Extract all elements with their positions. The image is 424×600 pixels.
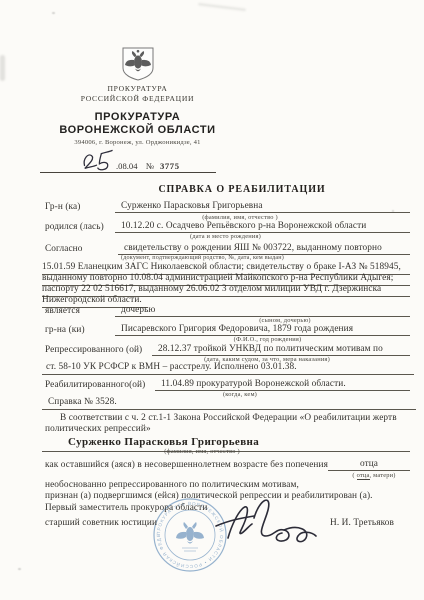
field-label: Согласно [45,244,118,255]
field-hint: (дата и место рождения) [118,233,333,240]
ref-number: 3775 [160,161,180,171]
field-value: 10.12.20 с. Осадчево Репьёвского р-на Во… [115,221,410,233]
field-value: 28.12.37 тройкой УНКВД по политическим м… [152,344,410,356]
org-name-federal-line1: ПРОКУРАТУРА [20,84,255,94]
signer-name: Н. И. Третьяков [330,518,394,529]
signer-post-line1: Первый заместитель прокурора области [45,503,207,514]
ref-number-sign: № [146,161,154,171]
field-value: Писаревского Григория Федоровича, 1879 г… [115,324,410,336]
field-label: Гр-н (ка) [45,202,115,213]
care-line: как оставшийся (аяся) в несовершеннолетн… [45,459,410,471]
repression-continuation-line: ст. 58-10 УК РСФСР к ВМН – расстрелу. Ис… [42,362,414,375]
field-label: Реабилитированного(ой) [45,380,155,391]
scan-smudge [198,3,246,11]
statement-line1: необоснованно репрессированного по полит… [45,480,299,491]
scan-smudge [0,55,5,81]
org-name-line2: ВОРОНЕЖСКОЙ ОБЛАСТИ [20,124,255,137]
org-name-federal-line2: РОССИЙСКОЙ ФЕДЕРАЦИИ [20,94,255,104]
org-name-line1: ПРОКУРАТУРА [20,111,255,124]
care-hint-open: ( [352,472,356,479]
care-hint-selected: отца [357,472,370,480]
field-rehabilitation: Реабилитированного(ой) 11.04.89 прокурат… [45,379,410,391]
field-birth: родился (лась) 10.12.20 с. Осадчево Репь… [45,221,410,233]
org-address: 394006, г. Воронеж, ул. Орджоникидзе, 41 [20,139,255,147]
subject-name-hint: (фамилия, имя, отчество ) [102,448,302,455]
field-label: гр-на (ки) [45,325,115,336]
care-text: как оставшийся (аяся) в несовершеннолетн… [45,460,328,471]
field-label: является [45,306,115,317]
russia-coat-of-arms-icon [122,47,154,81]
field-hint: (Ф.И.О., год рождения) [170,336,365,343]
law-reference-line1: В соответствии с ч. 2 ст.1-1 Закона Росс… [60,413,410,424]
field-value: свидетельству о рождении ЯШ № 003722, вы… [118,243,410,255]
care-hint: ( отца, матери) [336,472,412,479]
field-label: родился (лась) [45,222,115,233]
document-title: СПРАВКА О РЕАБИЛИТАЦИИ [75,184,409,195]
signature-flourish-icon [212,492,324,550]
subject-name: Сурженко Парасковья Григорьевна [42,436,259,448]
stamp-eagle-icon [176,522,204,544]
reference-number-line: .08.04 № 3775 [40,156,216,173]
field-hint: (фамилия, имя, отчество ) [140,214,340,221]
field-value: дочерью [115,305,410,317]
care-hint-rest: , матери) [370,472,396,479]
letterhead: ПРОКУРАТУРА РОССИЙСКОЙ ФЕДЕРАЦИИ ПРОКУРА… [20,47,255,147]
field-documents: Согласно свидетельству о рождении ЯШ № 0… [45,243,410,255]
signer-post-line2: старший советник юстиции [45,518,157,529]
scan-speck [18,568,21,570]
field-repression: Репрессированного (ой) 28.12.37 тройкой … [45,344,410,356]
field-citizen-name: Гр-н (ка) Сурженко Парасковья Григорьевн… [45,201,410,213]
field-repressed-person: гр-на (ки) Писаревского Григория Федоров… [45,324,410,336]
certificate-number: Справка № 3528. [42,397,416,410]
field-relation: является дочерью [45,305,410,317]
field-hint: (сыном, дочерью) [190,317,380,324]
ref-month-year: .08.04 [116,161,137,171]
handwritten-day-icon [79,147,117,173]
care-value: отца [328,459,410,471]
field-hint: (документ, подтверждающий родство, №, да… [100,255,305,262]
field-label: Репрессированного (ой) [45,345,152,356]
field-value: 11.04.89 прокуратурой Воронежской област… [155,379,410,391]
scan-speck [52,12,55,14]
document-page: ПРОКУРАТУРА РОССИЙСКОЙ ФЕДЕРАЦИИ ПРОКУРА… [0,0,424,600]
field-value: Сурженко Парасковья Григорьевна [115,201,410,213]
